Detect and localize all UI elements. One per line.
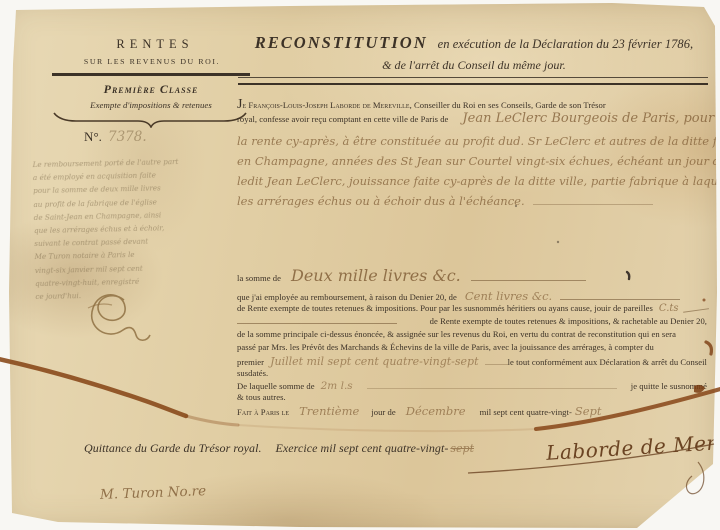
sum-handwriting: Deux mille livres &c. xyxy=(291,266,461,285)
tous-autres-line: & tous autres. xyxy=(237,392,286,402)
filler-dash xyxy=(471,279,586,281)
rachetable-line: de Rente exempte de toutes retenues & im… xyxy=(237,316,707,326)
classe-subtitle: Exempte d'impositions & retenues xyxy=(46,100,256,110)
paper-sheet: RENTES SUR LES REVENUS DU ROI. Première … xyxy=(0,0,720,530)
principale-line: de la somme principale ci-dessus énoncée… xyxy=(237,329,676,339)
masthead-rule xyxy=(52,73,250,76)
margin-manuscript-note: Le remboursement porté de l'autre part a… xyxy=(33,154,232,303)
number-line: N°. 7378. xyxy=(84,129,147,145)
handwritten-line: les arrérages échus ou à échoir dus à l'… xyxy=(237,194,525,208)
premier-line: premier Juillet mil sept cent quatre-vin… xyxy=(237,355,707,368)
quittance-year-handwriting: sept xyxy=(450,442,474,455)
jour-de-label: jour de xyxy=(371,407,395,417)
fait-label: Fait à Paris le xyxy=(237,407,289,417)
handwritten-line-last: les arrérages échus ou à échoir dus à l'… xyxy=(237,194,653,208)
handwritten-line: ledit Jean LeClerc, jouissance faite cy-… xyxy=(237,174,720,188)
masthead-rentes: RENTES xyxy=(60,37,250,52)
payer-handwriting: Jean LeClerc Bourgeois de Paris, pour xyxy=(462,111,714,126)
title-word: RECONSTITUTION xyxy=(255,33,428,52)
filler-dash xyxy=(485,363,508,365)
number-label: N°. xyxy=(84,129,102,145)
rembours-text: que j'ai employée au remboursement, à ra… xyxy=(237,292,457,302)
rente-text: de Rente exempte de toutes retenues & im… xyxy=(237,303,653,313)
year-handwriting: Sept xyxy=(575,404,602,418)
fait-line: Fait à Paris le Trentième jour de Décemb… xyxy=(237,404,602,418)
title-rest: en exécution de la Déclaration du 23 fév… xyxy=(438,37,694,51)
filler-dash xyxy=(237,322,397,324)
laquelle-handwriting: 2m l.s xyxy=(321,380,353,392)
laquelle-text: De laquelle somme de xyxy=(237,381,315,391)
premier-label: premier xyxy=(237,357,264,367)
quitte-text: je quitte le susnommé xyxy=(631,381,707,391)
filler-dash xyxy=(533,203,653,205)
rente-handwriting: Cent livres &c. xyxy=(465,289,552,303)
filler-dash xyxy=(560,298,680,300)
intro-rest: Conseiller du Roi en ses Conseils, Garde… xyxy=(412,100,606,110)
sum-line: la somme de Deux mille livres &c. xyxy=(237,266,586,285)
day-handwriting: Trentième xyxy=(299,404,359,418)
quittance-line: Quittance du Garde du Trésor royal. Exer… xyxy=(84,441,474,456)
masthead-revenus: SUR LES REVENUS DU ROI. xyxy=(46,57,258,66)
pareilles-handwriting: C.ts xyxy=(659,303,679,314)
notary-note: M. Turon No.re xyxy=(100,483,207,503)
sum-label: la somme de xyxy=(237,273,281,283)
intro-line2-text: royal, confesse avoir reçu comptant en c… xyxy=(237,114,448,124)
paraph-flourish xyxy=(82,286,162,348)
filler-dash xyxy=(367,387,617,389)
title-line2: & de l'arrêt du Conseil du même jour. xyxy=(240,58,708,73)
quittance-text-2: Exercice mil sept cent quatre-vingt- xyxy=(276,441,449,456)
filler-dash xyxy=(683,307,709,313)
laquelle-line: De laquelle somme de 2m l.s je quitte le… xyxy=(237,380,707,392)
intro-line2: royal, confesse avoir reçu comptant en c… xyxy=(237,111,714,126)
intro-name: e François-Louis-Joseph Laborde de Merev… xyxy=(243,100,412,110)
prevot-line: passé par Mrs. les Prévôt des Marchands … xyxy=(237,342,654,352)
quittance-text-1: Quittance du Garde du Trésor royal. xyxy=(84,441,262,456)
title-line1: RECONSTITUTION en exécution de la Déclar… xyxy=(240,33,708,53)
title-rule xyxy=(238,77,708,85)
conformement-text: le tout conformément aux Déclaration & a… xyxy=(508,357,707,367)
handwritten-line: en Champagne, années des St Jean sur Cou… xyxy=(237,154,720,168)
annee-label: mil sept cent quatre-vingt- xyxy=(480,407,572,417)
susdates-line: susdatés. xyxy=(237,368,268,378)
signature: Laborde de Mereville xyxy=(545,427,720,465)
number-value: 7378. xyxy=(108,129,147,145)
rente-line: de Rente exempte de toutes retenues & im… xyxy=(237,303,709,314)
underbrace-decoration xyxy=(50,110,250,128)
document-photo: RENTES SUR LES REVENUS DU ROI. Première … xyxy=(0,0,720,530)
month-handwriting: Décembre xyxy=(406,404,466,418)
handwritten-line: la rente cy-après, à être constituée au … xyxy=(237,134,720,148)
premier-handwriting: Juillet mil sept cent quatre-vingt-sept xyxy=(270,355,478,368)
rembours-line: que j'ai employée au remboursement, à ra… xyxy=(237,289,680,303)
classe-title: Première Classe xyxy=(46,82,256,97)
rachetable-text: de Rente exempte de toutes retenues & im… xyxy=(430,316,707,326)
